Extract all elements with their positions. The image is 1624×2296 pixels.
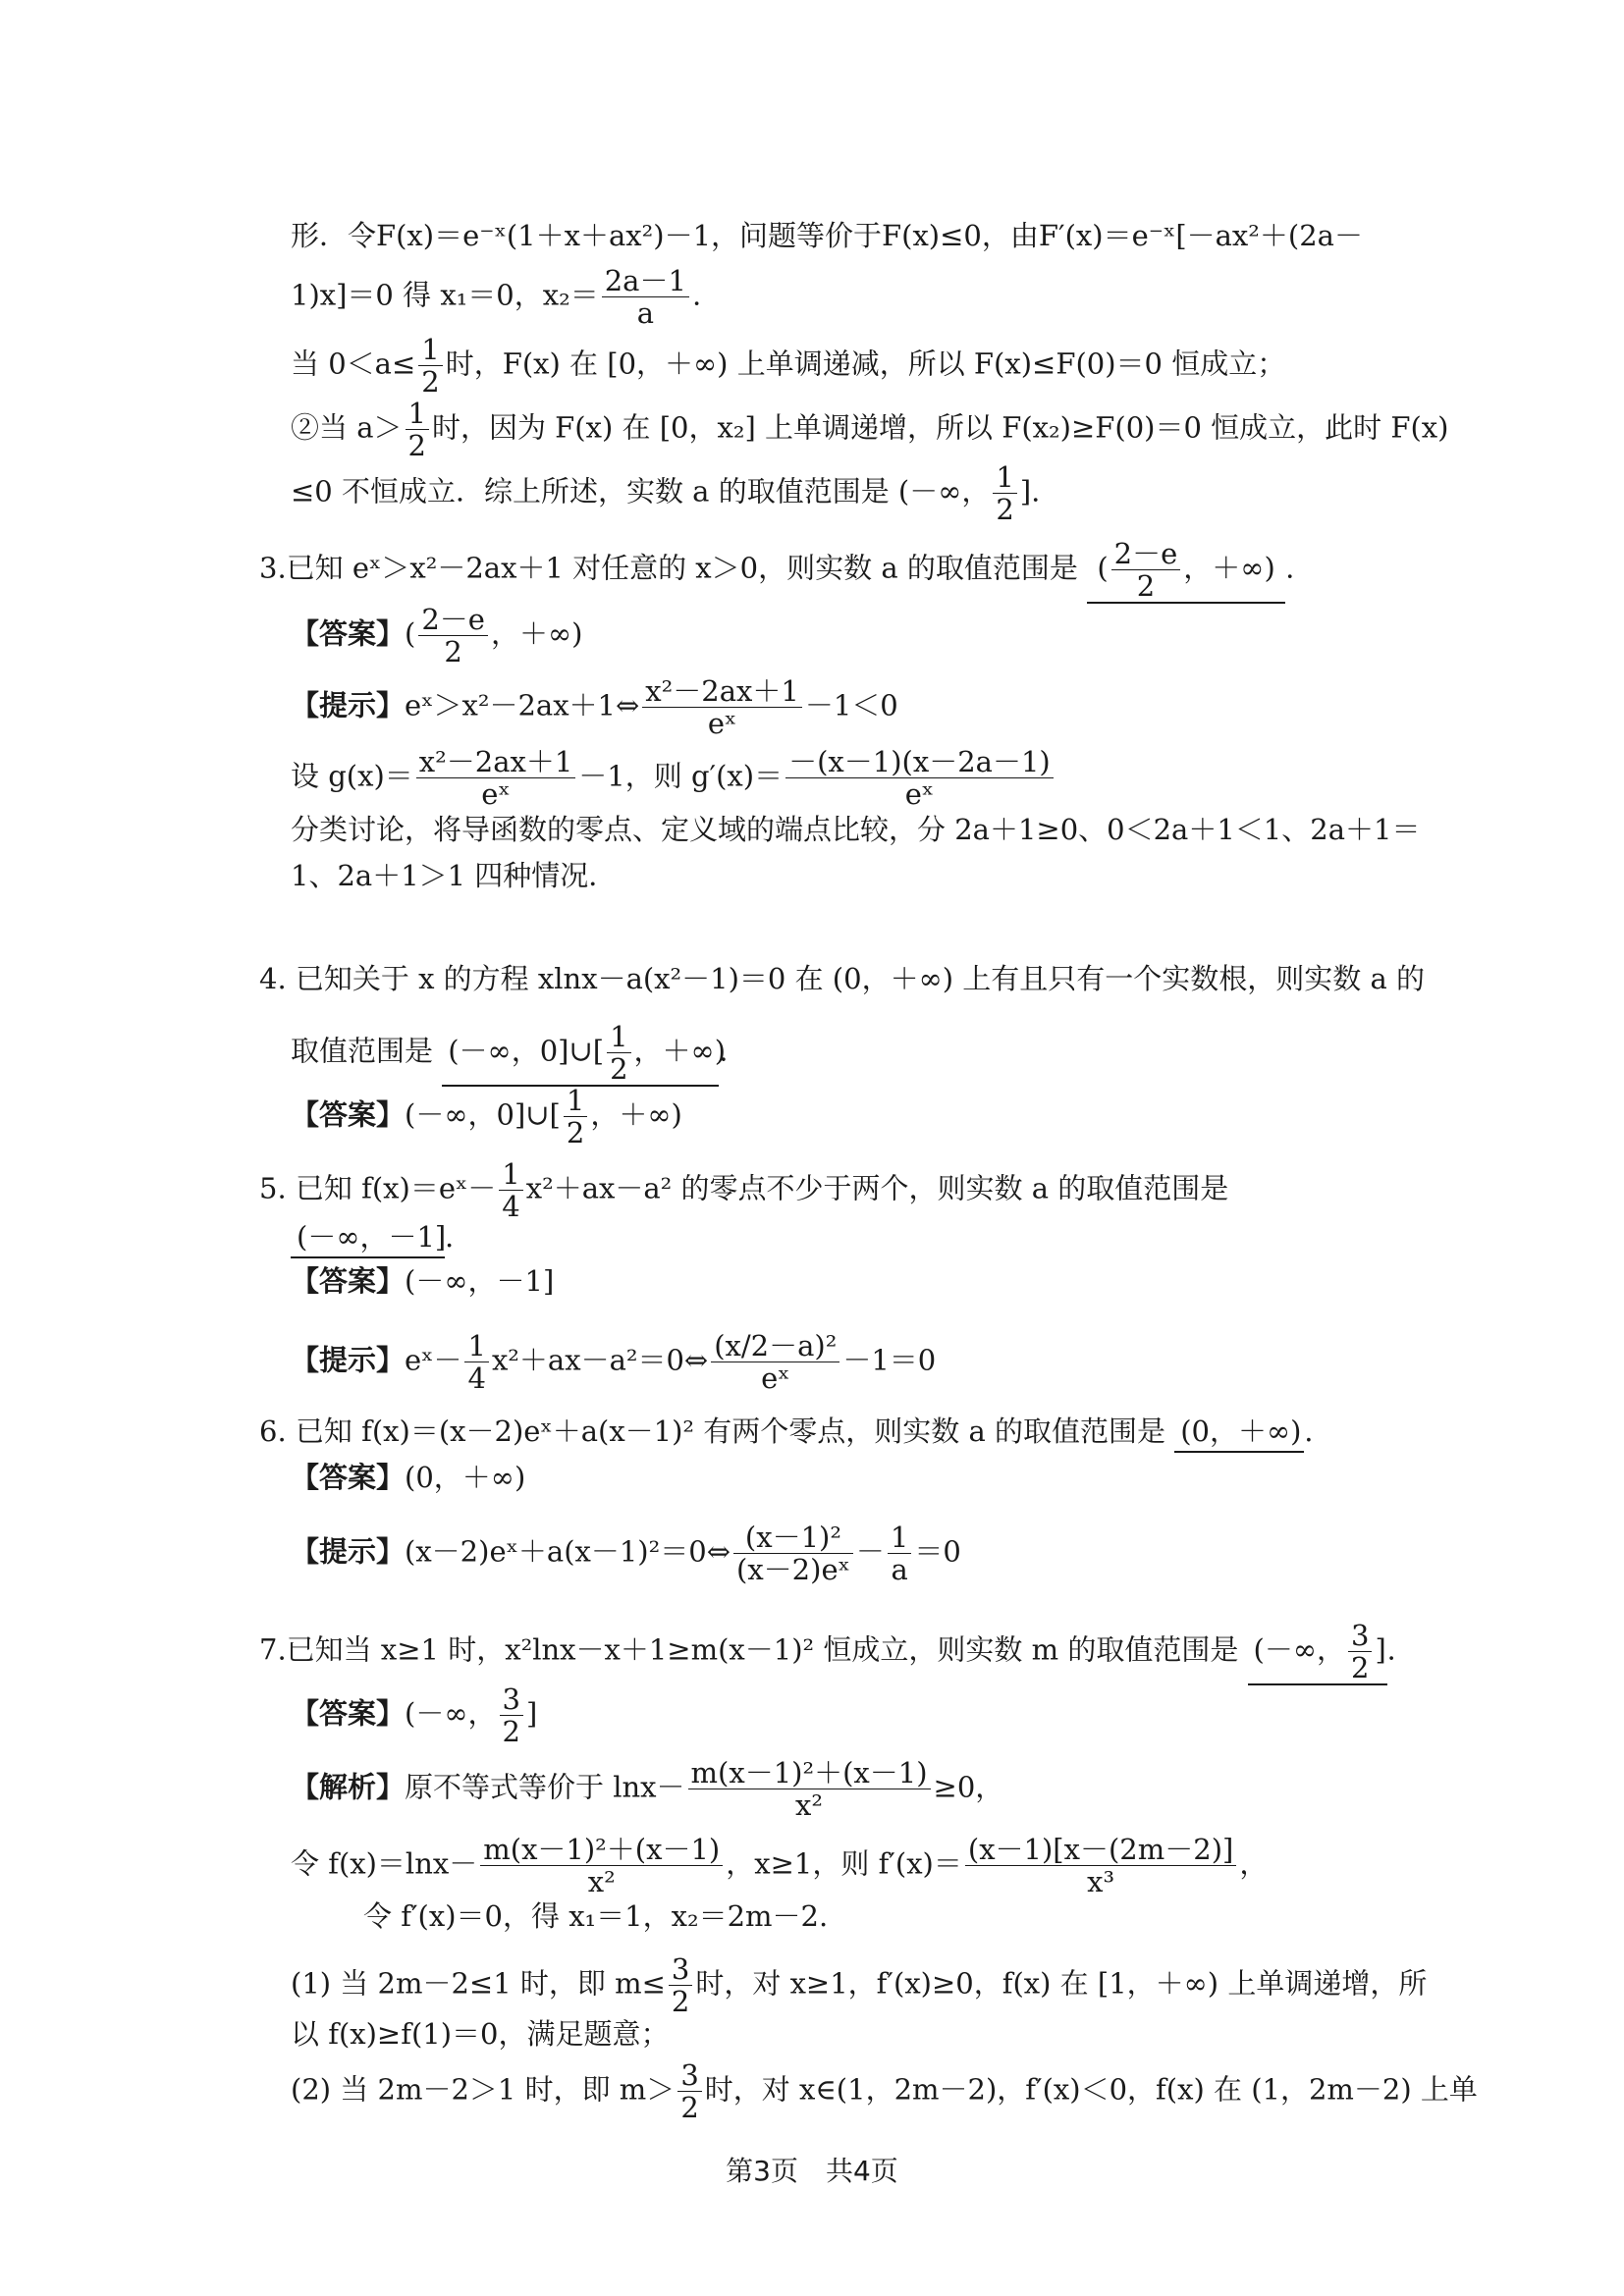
text: (0，＋∞) <box>405 1461 525 1494</box>
question-7-analysis-4: (1) 当 2m－2≤1 时，即 m≤32时，对 x≥1，f′(x)≥0，f(x… <box>291 1953 1427 2017</box>
fraction: 12 <box>607 1021 630 1085</box>
text: ，＋∞) <box>1183 552 1274 585</box>
fraction: 12 <box>564 1085 587 1148</box>
numerator: 3 <box>500 1683 523 1716</box>
numerator: 1 <box>499 1158 522 1191</box>
fraction: 1a <box>888 1522 911 1585</box>
text: ≥0， <box>934 1771 1004 1804</box>
numerator: 2－e <box>1111 538 1181 570</box>
prev-solution-line-2: 1)x]＝0 得 x₁＝0，x₂＝2a－1a. <box>291 265 701 329</box>
question-5-stem: 5. 已知 f(x)＝eˣ－14x²＋ax－a² 的零点不少于两个，则实数 a … <box>259 1158 1228 1222</box>
denominator: 4 <box>499 1191 522 1222</box>
question-4-answer: 【答案】(－∞，0]∪[12，＋∞) <box>291 1085 682 1148</box>
text: －1＜0 <box>805 689 898 722</box>
denominator: 2 <box>418 636 488 667</box>
text: 当 0＜a≤ <box>291 347 415 381</box>
denominator: x³ <box>965 1866 1236 1897</box>
text: (－∞， <box>1254 1633 1345 1667</box>
fraction: 2－e2 <box>418 604 488 667</box>
fraction: x²－2ax＋1eˣ <box>416 746 576 810</box>
denominator: 2 <box>677 2092 701 2123</box>
denominator: eˣ <box>416 778 576 810</box>
answer-tag: 【答案】 <box>291 1264 405 1298</box>
text: ( <box>405 617 415 651</box>
numerator: (x－1)[x－(2m－2)] <box>965 1834 1236 1866</box>
hint-tag: 【提示】 <box>291 689 405 722</box>
denominator: eˣ <box>642 708 802 739</box>
text: (－∞，0]∪[ <box>448 1035 604 1068</box>
denominator: eˣ <box>785 778 1054 810</box>
numerator: 3 <box>1348 1620 1372 1652</box>
text: . <box>692 279 701 312</box>
numerator: 1 <box>418 334 442 366</box>
text: ( <box>1097 552 1108 585</box>
fraction: 12 <box>406 398 429 461</box>
question-7-analysis-5: 以 f(x)≥f(1)＝0，满足题意； <box>291 2014 670 2054</box>
question-5-answer: 【答案】(－∞，－1] <box>291 1261 554 1301</box>
text: ， <box>1239 1847 1268 1881</box>
text: ，＋∞) <box>634 1035 726 1068</box>
answer-tag: 【答案】 <box>291 1098 405 1132</box>
text: 时，因为 F(x) 在 [0，x₂] 上单调递增，所以 F(x₂)≥F(0)＝0… <box>432 411 1448 445</box>
question-3-hint-2: 设 g(x)＝x²－2ax＋1eˣ－1，则 g′(x)＝－(x－1)(x－2a－… <box>291 746 1056 810</box>
denominator: a <box>602 297 689 329</box>
fraction: 32 <box>500 1683 523 1747</box>
text: ] <box>1375 1633 1385 1667</box>
numerator: x²－2ax＋1 <box>416 746 576 778</box>
question-7-analysis-3: 令 f′(x)＝0，得 x₁＝1，x₂＝2m－2. <box>363 1896 828 1936</box>
text: x²＋ax－a² 的零点不少于两个，则实数 a 的取值范围是 <box>526 1172 1229 1205</box>
denominator: 2 <box>607 1053 630 1085</box>
denominator: 2 <box>993 494 1016 525</box>
text: ②当 a＞ <box>291 411 403 445</box>
numerator: m(x－1)²＋(x－1) <box>480 1834 723 1866</box>
denominator: x² <box>480 1866 723 1897</box>
fraction: 32 <box>677 2059 701 2123</box>
answer-blank: (－∞，0]∪[12，＋∞) <box>442 1021 719 1087</box>
question-text: 已知 eˣ＞x²－2ax＋1 对任意的 x＞0，则实数 a 的取值范围是 <box>287 552 1078 585</box>
text: ，x≥1，则 f′(x)＝ <box>726 1847 962 1881</box>
denominator: 2 <box>406 430 429 461</box>
prev-solution-line-3: 当 0＜a≤12时，F(x) 在 [0，＋∞) 上单调递减，所以 F(x)≤F(… <box>291 334 1285 398</box>
question-number: 6. <box>259 1415 287 1448</box>
fraction: －(x－1)(x－2a－1)eˣ <box>785 746 1054 810</box>
denominator: x² <box>688 1789 931 1821</box>
text: 原不等式等价于 lnx－ <box>405 1771 685 1804</box>
prev-solution-line-5: ≤0 不恒成立．综上所述，实数 a 的取值范围是 (－∞，12]. <box>291 461 1040 525</box>
document-page: 形．令F(x)＝e⁻ˣ(1＋x＋ax²)－1，问题等价于F(x)≤0，由F′(x… <box>0 0 1624 2296</box>
numerator: m(x－1)²＋(x－1) <box>688 1757 931 1789</box>
denominator: 2 <box>1348 1652 1372 1683</box>
question-7-analysis-6: (2) 当 2m－2＞1 时，即 m＞32时，对 x∈(1，2m－2)，f′(x… <box>291 2059 1478 2123</box>
numerator: －(x－1)(x－2a－1) <box>785 746 1054 778</box>
numerator: 3 <box>669 1953 692 1986</box>
question-3-hint-1: 【提示】eˣ＞x²－2ax＋1⇔x²－2ax＋1eˣ－1＜0 <box>291 675 898 739</box>
fraction: 14 <box>499 1158 522 1222</box>
numerator: 2－e <box>418 604 488 636</box>
text: 令 f′(x)＝0，得 x₁＝1，x₂＝2m－2. <box>363 1899 828 1933</box>
prev-solution-line-4: ②当 a＞12时，因为 F(x) 在 [0，x₂] 上单调递增，所以 F(x₂)… <box>291 398 1448 461</box>
denominator: (x－2)eˣ <box>733 1554 853 1585</box>
text: 1、2a＋1＞1 四种情况． <box>291 859 617 892</box>
numerator: (x－1)² <box>733 1522 853 1554</box>
question-7-answer: 【答案】(－∞，32] <box>291 1683 537 1747</box>
numerator: x²－2ax＋1 <box>642 675 802 708</box>
text: (x－2)eˣ＋a(x－1)²＝0⇔ <box>405 1535 731 1569</box>
fraction: 32 <box>669 1953 692 2017</box>
question-4-stem-2: 取值范围是 (－∞，0]∪[12，＋∞). <box>291 1021 728 1087</box>
text: ≤0 不恒成立．综上所述，实数 a 的取值范围是 (－∞， <box>291 475 990 508</box>
denominator: 2 <box>564 1117 587 1148</box>
question-3-stem: 3.已知 eˣ＞x²－2ax＋1 对任意的 x＞0，则实数 a 的取值范围是 (… <box>259 538 1294 604</box>
text: (－∞，－1] <box>405 1264 554 1298</box>
question-number: 3. <box>259 552 287 585</box>
question-text: 已知当 x≥1 时，x²lnx－x＋1≥m(x－1)² 恒成立，则实数 m 的取… <box>287 1633 1239 1667</box>
question-text: 已知 f(x)＝(x－2)eˣ＋a(x－1)² 有两个零点，则实数 a 的取值范… <box>296 1415 1165 1448</box>
denominator: a <box>888 1554 911 1585</box>
analysis-tag: 【解析】 <box>291 1771 405 1804</box>
text: 时，F(x) 在 [0，＋∞) 上单调递减，所以 F(x)≤F(0)＝0 恒成立… <box>446 347 1286 381</box>
text: 时，对 x≥1，f′(x)≥0，f(x) 在 [1，＋∞) 上单调递增，所 <box>695 1967 1427 2001</box>
text: eˣ＞x²－2ax＋1⇔ <box>405 689 639 722</box>
fraction: 32 <box>1348 1620 1372 1683</box>
fraction: m(x－1)²＋(x－1)x² <box>480 1834 723 1897</box>
answer-blank: (2－e2，＋∞) <box>1087 538 1285 604</box>
answer-tag: 【答案】 <box>291 617 405 651</box>
question-7-analysis-2: 令 f(x)＝lnx－m(x－1)²＋(x－1)x²，x≥1，则 f′(x)＝(… <box>291 1834 1268 1897</box>
text: 令 f(x)＝lnx－ <box>291 1847 477 1881</box>
text: 形．令F(x)＝e⁻ˣ(1＋x＋ax²)－1，问题等价于F(x)≤0，由F′(x… <box>291 219 1363 252</box>
question-3-answer: 【答案】(2－e2，＋∞) <box>291 604 582 667</box>
text: ＝0 <box>914 1535 960 1569</box>
denominator: 4 <box>464 1362 488 1394</box>
denominator: 2 <box>1111 570 1181 602</box>
text: 时，对 x∈(1，2m－2)，f′(x)＜0，f(x) 在 (1，2m－2) 上… <box>705 2073 1478 2107</box>
question-7-stem: 7.已知当 x≥1 时，x²lnx－x＋1≥m(x－1)² 恒成立，则实数 m … <box>259 1620 1396 1685</box>
denominator: 2 <box>669 1986 692 2017</box>
question-6-hint: 【提示】(x－2)eˣ＋a(x－1)²＝0⇔(x－1)²(x－2)eˣ－1a＝0 <box>291 1522 961 1585</box>
denominator: 2 <box>418 366 442 398</box>
answer-tag: 【答案】 <box>291 1697 405 1731</box>
text: － <box>856 1535 885 1569</box>
question-6-stem: 6. 已知 f(x)＝(x－2)eˣ＋a(x－1)² 有两个零点，则实数 a 的… <box>259 1412 1313 1453</box>
question-number: 4. <box>259 962 287 995</box>
numerator: 1 <box>993 461 1016 494</box>
question-4-stem: 4. 已知关于 x 的方程 xlnx－a(x²－1)＝0 在 (0，＋∞) 上有… <box>259 959 1425 998</box>
answer-tag: 【答案】 <box>291 1461 405 1494</box>
fraction: x²－2ax＋1eˣ <box>642 675 802 739</box>
numerator: (x/2－a)² <box>711 1330 839 1362</box>
text: (2) 当 2m－2＞1 时，即 m＞ <box>291 2073 675 2107</box>
question-3-hint-4: 1、2a＋1＞1 四种情况． <box>291 856 617 895</box>
denominator: eˣ <box>711 1362 839 1394</box>
answer-blank: (－∞，32] <box>1248 1620 1387 1685</box>
fraction: (x－1)²(x－2)eˣ <box>733 1522 853 1585</box>
fraction: m(x－1)²＋(x－1)x² <box>688 1757 931 1821</box>
fraction: 2a－1a <box>602 265 689 329</box>
text: (－∞， <box>405 1697 496 1731</box>
page-footer: 第3页 共4页 <box>0 2150 1624 2189</box>
question-text: 取值范围是 <box>291 1035 433 1068</box>
text: (－∞，0]∪[ <box>405 1098 561 1132</box>
text: ，＋∞) <box>491 617 582 651</box>
text: －1＝0 <box>842 1344 936 1377</box>
numerator: 2a－1 <box>602 265 689 297</box>
answer-blank: (0，＋∞) <box>1174 1412 1304 1453</box>
text: ] <box>526 1697 537 1731</box>
question-number: 7. <box>259 1633 287 1667</box>
question-5-hint: 【提示】eˣ－14x²＋ax－a²＝0⇔(x/2－a)²eˣ－1＝0 <box>291 1330 936 1394</box>
fraction: 12 <box>993 461 1016 525</box>
question-5-blank-line: (－∞，－1]. <box>291 1217 454 1258</box>
text: (1) 当 2m－2≤1 时，即 m≤ <box>291 1967 666 2001</box>
question-text: 已知关于 x 的方程 xlnx－a(x²－1)＝0 在 (0，＋∞) 上有且只有… <box>296 962 1425 995</box>
fraction: 12 <box>418 334 442 398</box>
prev-solution-line-1: 形．令F(x)＝e⁻ˣ(1＋x＋ax²)－1，问题等价于F(x)≤0，由F′(x… <box>291 216 1363 255</box>
numerator: 1 <box>564 1085 587 1117</box>
text: x²＋ax－a²＝0⇔ <box>492 1344 708 1377</box>
numerator: 3 <box>677 2059 701 2092</box>
fraction: 14 <box>464 1330 488 1394</box>
fraction: (x－1)[x－(2m－2)]x³ <box>965 1834 1236 1897</box>
question-3-hint-3: 分类讨论，将导函数的零点、定义域的端点比较，分 2a＋1≥0、0＜2a＋1＜1、… <box>291 810 1420 849</box>
text: －1，则 g′(x)＝ <box>578 760 783 793</box>
text: 以 f(x)≥f(1)＝0，满足题意； <box>291 2017 670 2051</box>
text: 分类讨论，将导函数的零点、定义域的端点比较，分 2a＋1≥0、0＜2a＋1＜1、… <box>291 813 1420 846</box>
numerator: 1 <box>464 1330 488 1362</box>
numerator: 1 <box>406 398 429 430</box>
numerator: 1 <box>607 1021 630 1053</box>
text: 1)x]＝0 得 x₁＝0，x₂＝ <box>291 279 599 312</box>
text: ，＋∞) <box>590 1098 681 1132</box>
fraction: (x/2－a)²eˣ <box>711 1330 839 1394</box>
text: 已知 f(x)＝eˣ－ <box>296 1172 496 1205</box>
question-7-analysis-1: 【解析】原不等式等价于 lnx－m(x－1)²＋(x－1)x²≥0， <box>291 1757 1003 1821</box>
numerator: 1 <box>888 1522 911 1554</box>
denominator: 2 <box>500 1716 523 1747</box>
answer-blank: (－∞，－1] <box>291 1217 445 1258</box>
text: eˣ－ <box>405 1344 461 1377</box>
question-6-answer: 【答案】(0，＋∞) <box>291 1458 525 1497</box>
question-number: 5. <box>259 1172 287 1205</box>
hint-tag: 【提示】 <box>291 1535 405 1569</box>
fraction: 2－e2 <box>1111 538 1181 602</box>
hint-tag: 【提示】 <box>291 1344 405 1377</box>
text: 设 g(x)＝ <box>291 760 413 793</box>
text: ]. <box>1020 475 1041 508</box>
